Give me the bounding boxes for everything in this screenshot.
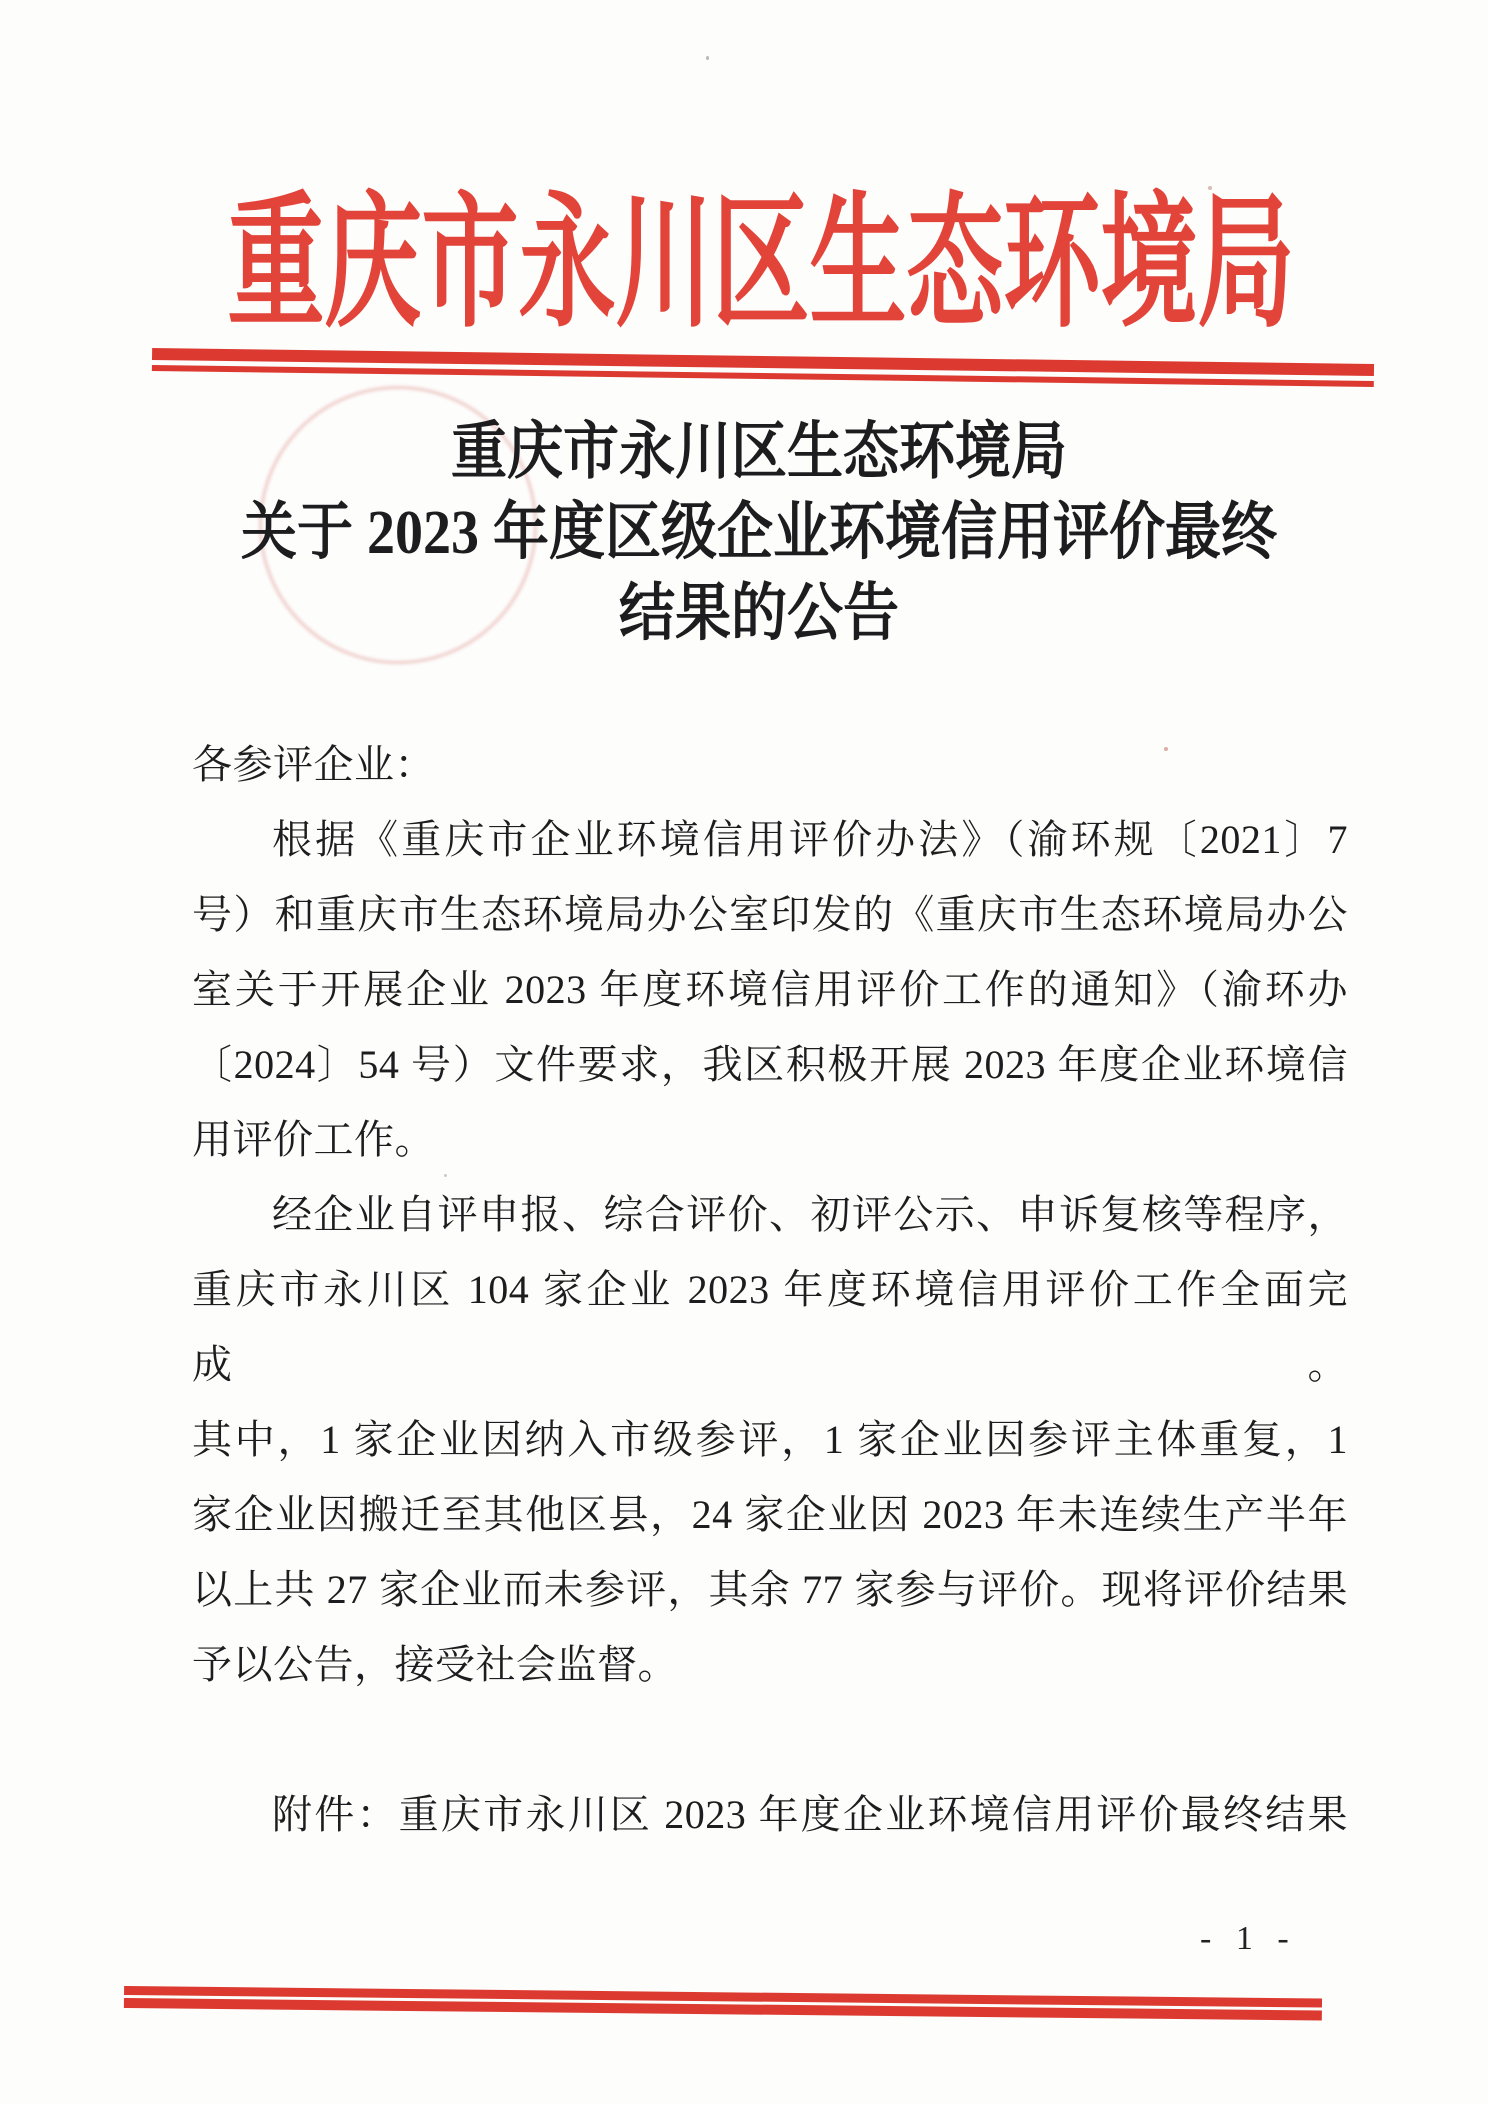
body-line: 用评价工作。 [192, 1102, 1348, 1177]
body-line: 家企业因搬迁至其他区县，24 家企业因 2023 年未连续生产半年 [192, 1477, 1348, 1552]
scanned-document-page: 重庆市永川区生态环境局 重庆市永川区生态环境局 关于 2023 年度区级企业环境… [0, 0, 1488, 2104]
footer-separator-rule [124, 1986, 1322, 2021]
document-title-line3: 结果的公告 [15, 573, 1488, 654]
body-line: 经企业自评申报、综合评价、初评公示、申诉复核等程序， [192, 1177, 1348, 1252]
body-line: 〔2024〕54 号）文件要求，我区积极开展 2023 年度企业环境信 [192, 1027, 1348, 1102]
scan-speck [706, 56, 709, 60]
body-line: 室关于开展企业 2023 年度环境信用评价工作的通知》（渝环办 [192, 952, 1348, 1027]
document-title-line1: 重庆市永川区生态环境局 [15, 412, 1488, 493]
salutation-line: 各参评企业： [192, 727, 1348, 802]
masthead-separator-rule [152, 348, 1374, 387]
scan-speck [1208, 186, 1212, 190]
masthead-agency-name: 重庆市永川区生态环境局 [17, 190, 1488, 340]
document-body: 各参评企业： 根据《重庆市企业环境信用评价办法》（渝环规〔2021〕7 号）和重… [192, 727, 1348, 1852]
document-title-line2: 关于 2023 年度区级企业环境信用评价最终 [15, 493, 1488, 574]
scan-speck [1164, 747, 1168, 751]
scan-speck [444, 1174, 447, 1177]
body-line: 以上共 27 家企业而未参评，其余 77 家参与评价。现将评价结果 [192, 1552, 1348, 1627]
body-line: 根据《重庆市企业环境信用评价办法》（渝环规〔2021〕7 [192, 802, 1348, 877]
body-line: 重庆市永川区 104 家企业 2023 年度环境信用评价工作全面完成。 [192, 1252, 1348, 1402]
body-line: 号）和重庆市生态环境局办公室印发的《重庆市生态环境局办公 [192, 877, 1348, 952]
page-number: - 1 - [1200, 1920, 1297, 1958]
body-line: 予以公告，接受社会监督。 [192, 1627, 1348, 1702]
body-line: 其中，1 家企业因纳入市级参评，1 家企业因参评主体重复，1 [192, 1402, 1348, 1477]
attachment-line: 附件：重庆市永川区 2023 年度企业环境信用评价最终结果 [192, 1777, 1348, 1852]
document-title: 重庆市永川区生态环境局 关于 2023 年度区级企业环境信用评价最终 结果的公告 [15, 412, 1488, 654]
